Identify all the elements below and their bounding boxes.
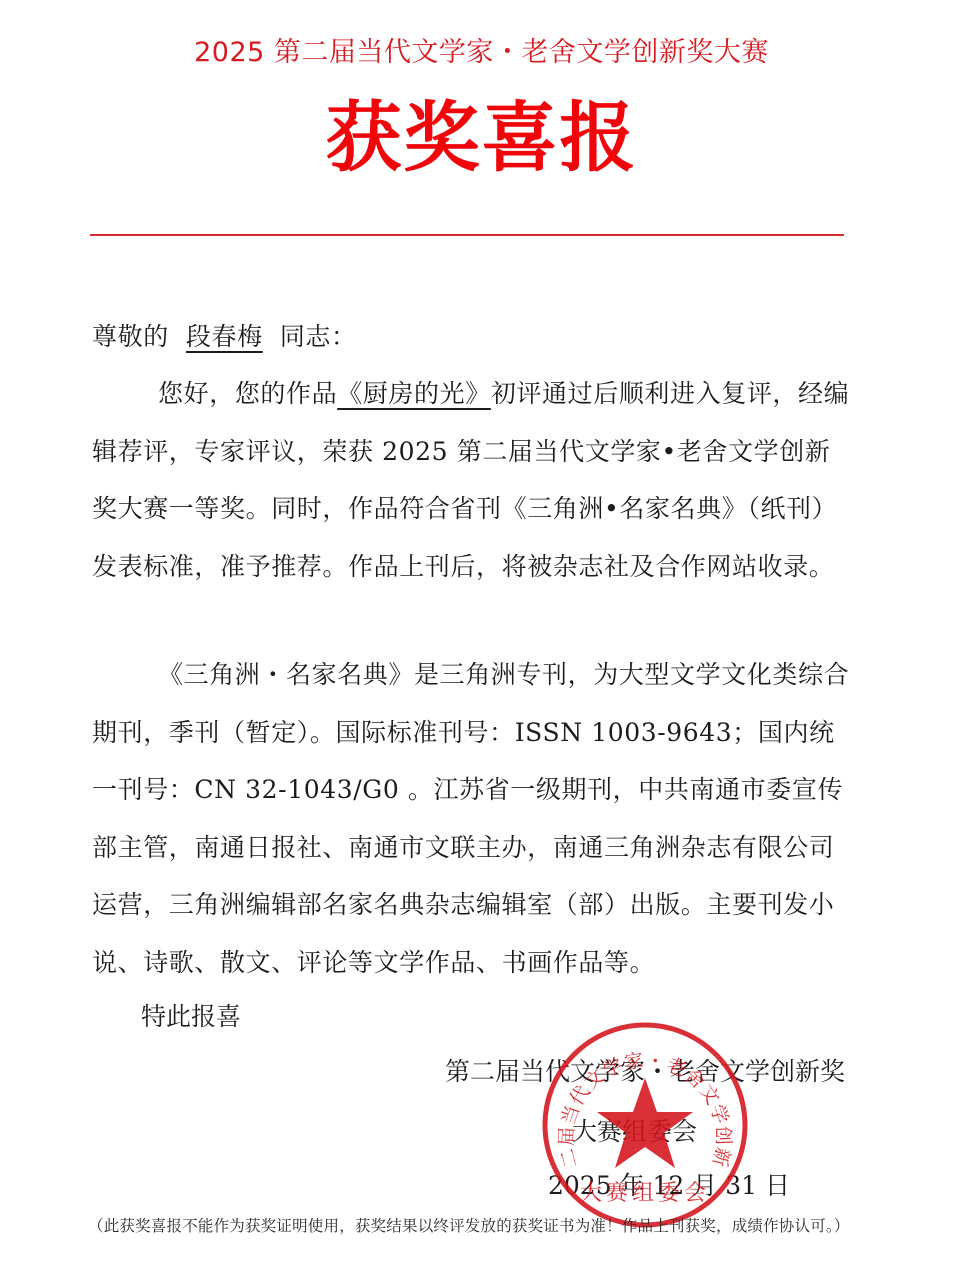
award-text: 初评通过后顺利进入复评，经编辑荐评，专家评议，荣获 2025 第二届当代文学家•… bbox=[92, 379, 849, 581]
signature-date: 2025 年 12 月 31 日 bbox=[548, 1166, 845, 1202]
salutation: 尊敬的 段春梅 同志： bbox=[92, 308, 852, 366]
page-title: 获奖喜报 bbox=[0, 92, 963, 183]
event-title: 2025 第二届当代文学家・老舍文学创新奖大赛 bbox=[0, 30, 963, 69]
salutation-suffix: 同志： bbox=[280, 322, 357, 351]
journal-paragraph: 《三角洲・名家名典》是三角洲专刊，为大型文学文化类综合期刊，季刊（暂定）。国际标… bbox=[92, 646, 852, 991]
recipient-name: 段春梅 bbox=[186, 322, 263, 351]
salutation-prefix: 尊敬的 bbox=[92, 322, 169, 351]
signature-org-line2: 大赛组委会 bbox=[572, 1112, 845, 1148]
journal-text: 《三角洲・名家名典》是三角洲专刊，为大型文学文化类综合期刊，季刊（暂定）。国际标… bbox=[92, 660, 849, 977]
closing-text: 特此报喜 bbox=[141, 988, 241, 1045]
award-paragraph: 您好，您的作品《厨房的光》初评通过后顺利进入复评，经编辑荐评，专家评议，荣获 2… bbox=[92, 365, 852, 595]
header-divider bbox=[90, 234, 844, 236]
work-title: 《厨房的光》 bbox=[337, 379, 491, 408]
greeting-text: 您好，您的作品 bbox=[158, 379, 337, 408]
disclaimer-footnote: （此获奖喜报不能作为获奖证明使用，获奖结果以终评发放的获奖证书为准！作品上刊获奖… bbox=[88, 1213, 863, 1240]
signature-org-line1: 第二届当代文学家・老舍文学创新奖 bbox=[445, 1052, 845, 1088]
